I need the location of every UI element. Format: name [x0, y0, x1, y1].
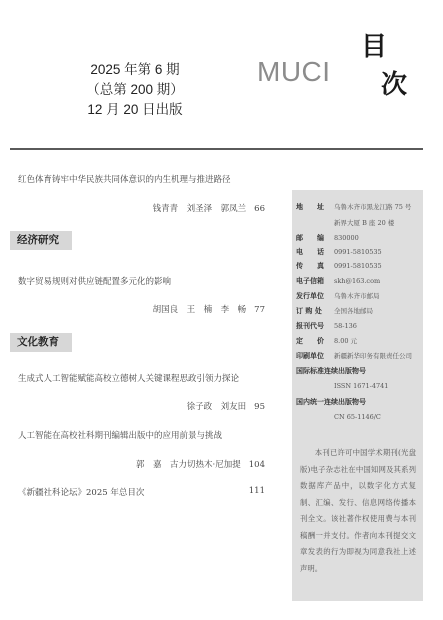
- info-issn: ISSN 1671-4741: [334, 382, 388, 390]
- toc-title-char-1: 目: [361, 26, 387, 63]
- article-authors: 徐子政 刘友田95: [187, 400, 265, 412]
- article-authors: 钱青青 刘圣泽 郭凤兰66: [153, 202, 265, 214]
- info-phone: 电 话0991-5810535: [296, 247, 382, 257]
- article-title[interactable]: 红色体育铸牢中华民族共同体意识的内生机理与推进路径: [18, 173, 231, 185]
- issue-total-number: （总第 200 期）: [60, 80, 210, 100]
- info-journal-code: 报刊代号58-136: [296, 321, 357, 331]
- article-title[interactable]: 数字贸易规则对供应链配置多元化的影响: [18, 275, 171, 287]
- info-issn-label: 国际标准连续出版物号: [296, 366, 366, 376]
- journal-brand-logo: MUCI: [257, 56, 331, 88]
- page-number: 77: [254, 305, 265, 315]
- section-heading-culture: 文化教育: [10, 333, 72, 352]
- info-publisher: 发行单位乌鲁木齐市邮局: [296, 291, 380, 301]
- info-price: 定 价8.00 元: [296, 336, 357, 346]
- page-number: 104: [249, 460, 265, 470]
- copyright-notice: 本刊已许可中国学术期刊(光盘版)电子杂志社在中国知网及其系列数据库产品中，以数字…: [300, 445, 416, 577]
- page-number: 66: [254, 204, 265, 214]
- info-address-line2: 新界大厦 B 座 20 楼: [334, 218, 394, 227]
- article-authors: 郭 嘉 古力切热木·尼加提104: [136, 458, 265, 470]
- info-postcode: 邮 编830000: [296, 233, 359, 243]
- article-authors: 胡国良 王 楠 李 畅77: [153, 303, 265, 315]
- section-heading-economy: 经济研究: [10, 231, 72, 250]
- issue-info: 2025 年第 6 期 （总第 200 期） 12 月 20 日出版: [60, 60, 210, 120]
- toc-title-char-2: 次: [381, 64, 407, 101]
- article-title: 《新疆社科论坛》2025 年总目次: [18, 488, 144, 498]
- info-fax: 传 真0991-5810535: [296, 261, 382, 271]
- info-cn-label: 国内统一连续出版物号: [296, 397, 366, 407]
- author-names: 郭 嘉 古力切热木·尼加提: [136, 460, 241, 470]
- author-names: 徐子政 刘友田: [187, 402, 247, 412]
- info-order: 订 购 处全国各地邮局: [296, 306, 373, 316]
- publication-info-panel: 地 址乌鲁木齐市黑龙江路 75 号 新界大厦 B 座 20 楼 邮 编83000…: [292, 190, 423, 601]
- info-cn: CN 65-1146/C: [334, 413, 381, 421]
- author-names: 胡国良 王 楠 李 畅: [153, 305, 247, 315]
- info-printer: 印刷单位新疆新华印务有限责任公司: [296, 351, 412, 361]
- issue-year-number: 2025 年第 6 期: [60, 60, 210, 80]
- page-number: 111: [249, 486, 265, 496]
- article-title[interactable]: 生成式人工智能赋能高校立德树人关键课程思政引领力探论: [18, 372, 239, 384]
- author-names: 钱青青 刘圣泽 郭凤兰: [153, 204, 247, 214]
- article-title[interactable]: 人工智能在高校社科期刊编辑出版中的应用前景与挑战: [18, 429, 222, 441]
- info-email: 电子信箱skh@163.com: [296, 276, 380, 286]
- header-divider: [10, 148, 423, 150]
- annual-index-entry[interactable]: 《新疆社科论坛》2025 年总目次 111: [18, 486, 265, 498]
- page-number: 95: [254, 402, 265, 412]
- issue-publish-date: 12 月 20 日出版: [60, 100, 210, 120]
- info-address: 地 址乌鲁木齐市黑龙江路 75 号: [296, 202, 411, 212]
